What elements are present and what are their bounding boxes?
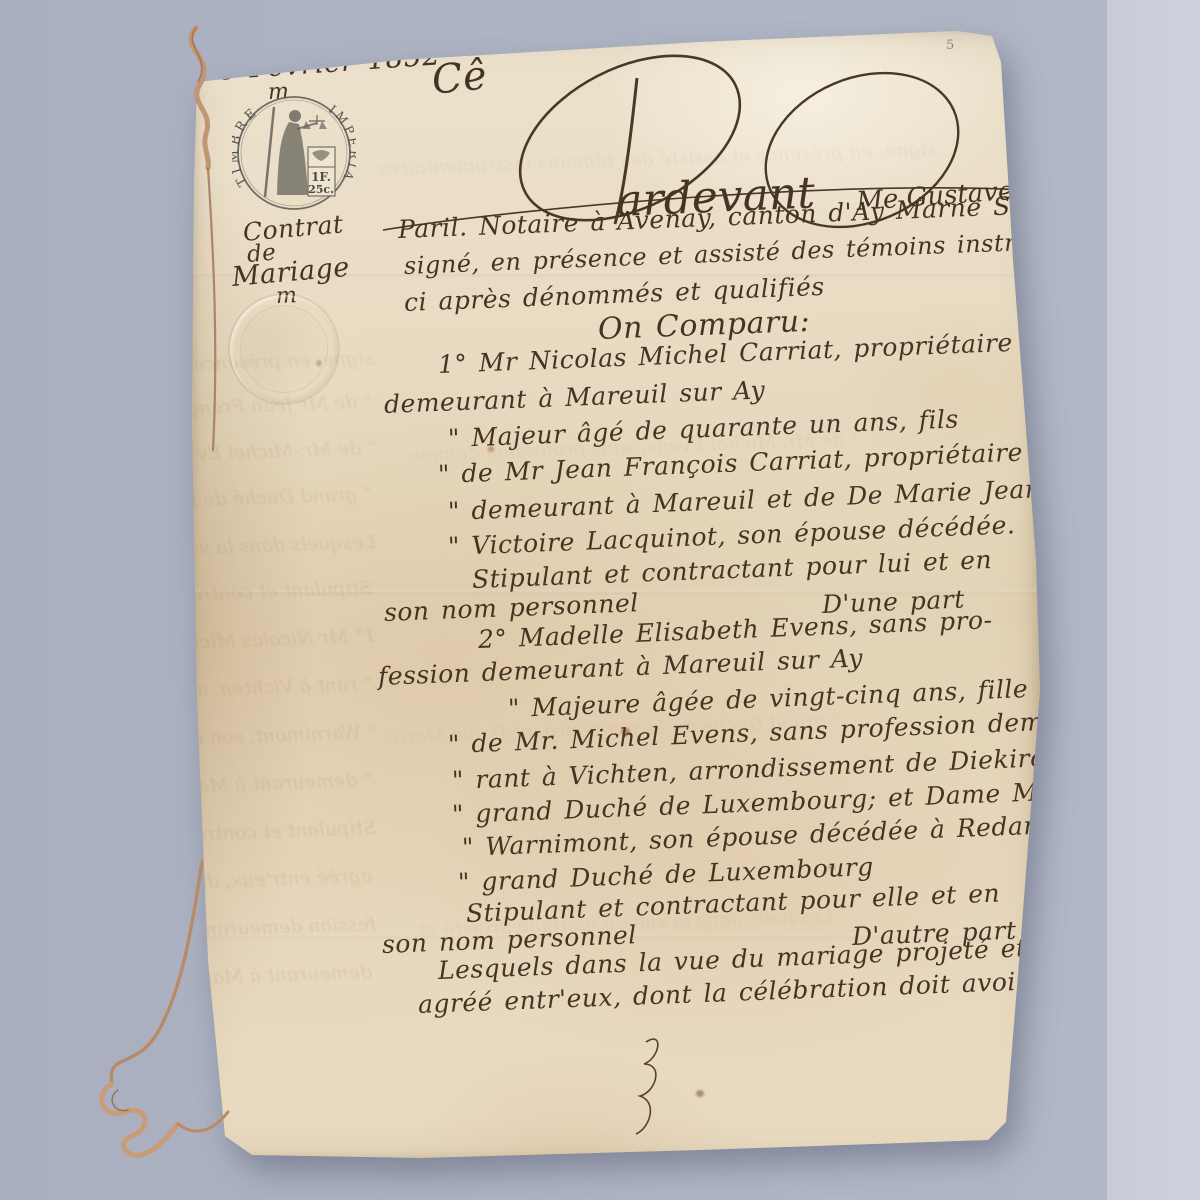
show-through-text: " Warnimont, son épouse décédée à Redang…	[196, 721, 377, 749]
show-through-text: " rant à Vichten, arrondissement de Diek…	[192, 673, 373, 701]
stamp-pedestal: 1F. 25c.	[308, 147, 335, 196]
photo-backdrop: signé, en présence et assisté des témoin…	[0, 0, 1200, 1200]
show-through-text: Lesquels dans la vue du mariage projeté …	[196, 531, 377, 559]
show-through-text: " demeurant à Mareuil et de De Marie Jea…	[192, 769, 373, 797]
show-through-text: agréé entr'eux, dont la célébration doit…	[192, 865, 373, 893]
show-through-text: fession demeurant à Mareuil sur Ay	[196, 913, 377, 941]
stamp-value-top: 1F.	[311, 170, 331, 184]
foxing-spot	[696, 1090, 704, 1097]
paper-sheet: signé, en présence et assisté des témoin…	[188, 28, 1044, 1164]
show-through-text: Stipulant et contractant pour lui et en	[192, 577, 373, 605]
timbre-imperial-stamp: TIMBRE IMPERIAL.	[232, 91, 356, 215]
body-line: demeurant à Mareuil sur Ay	[383, 375, 765, 419]
show-through-text: Stipulant et contractant pour elle et en	[196, 817, 377, 845]
show-through-text: demeurant à Mareuil sur Ay	[192, 961, 373, 989]
show-through-text: " de Mr. Michel Evens, sans profession d…	[196, 437, 377, 465]
show-through-text: 1° Mr Nicolas Michel Carriat, propriétai…	[196, 625, 377, 653]
stamp-value-bottom: 25c.	[308, 183, 334, 196]
document-page: signé, en présence et assisté des témoin…	[188, 28, 1044, 1164]
blind-embossed-stamp	[228, 293, 340, 405]
bottom-paraph	[618, 1028, 688, 1158]
show-through-text: " grand Duché de Luxembourg; et Dame Mar…	[192, 483, 373, 511]
stamp-arc-left-text: TIMBRE	[232, 104, 262, 189]
